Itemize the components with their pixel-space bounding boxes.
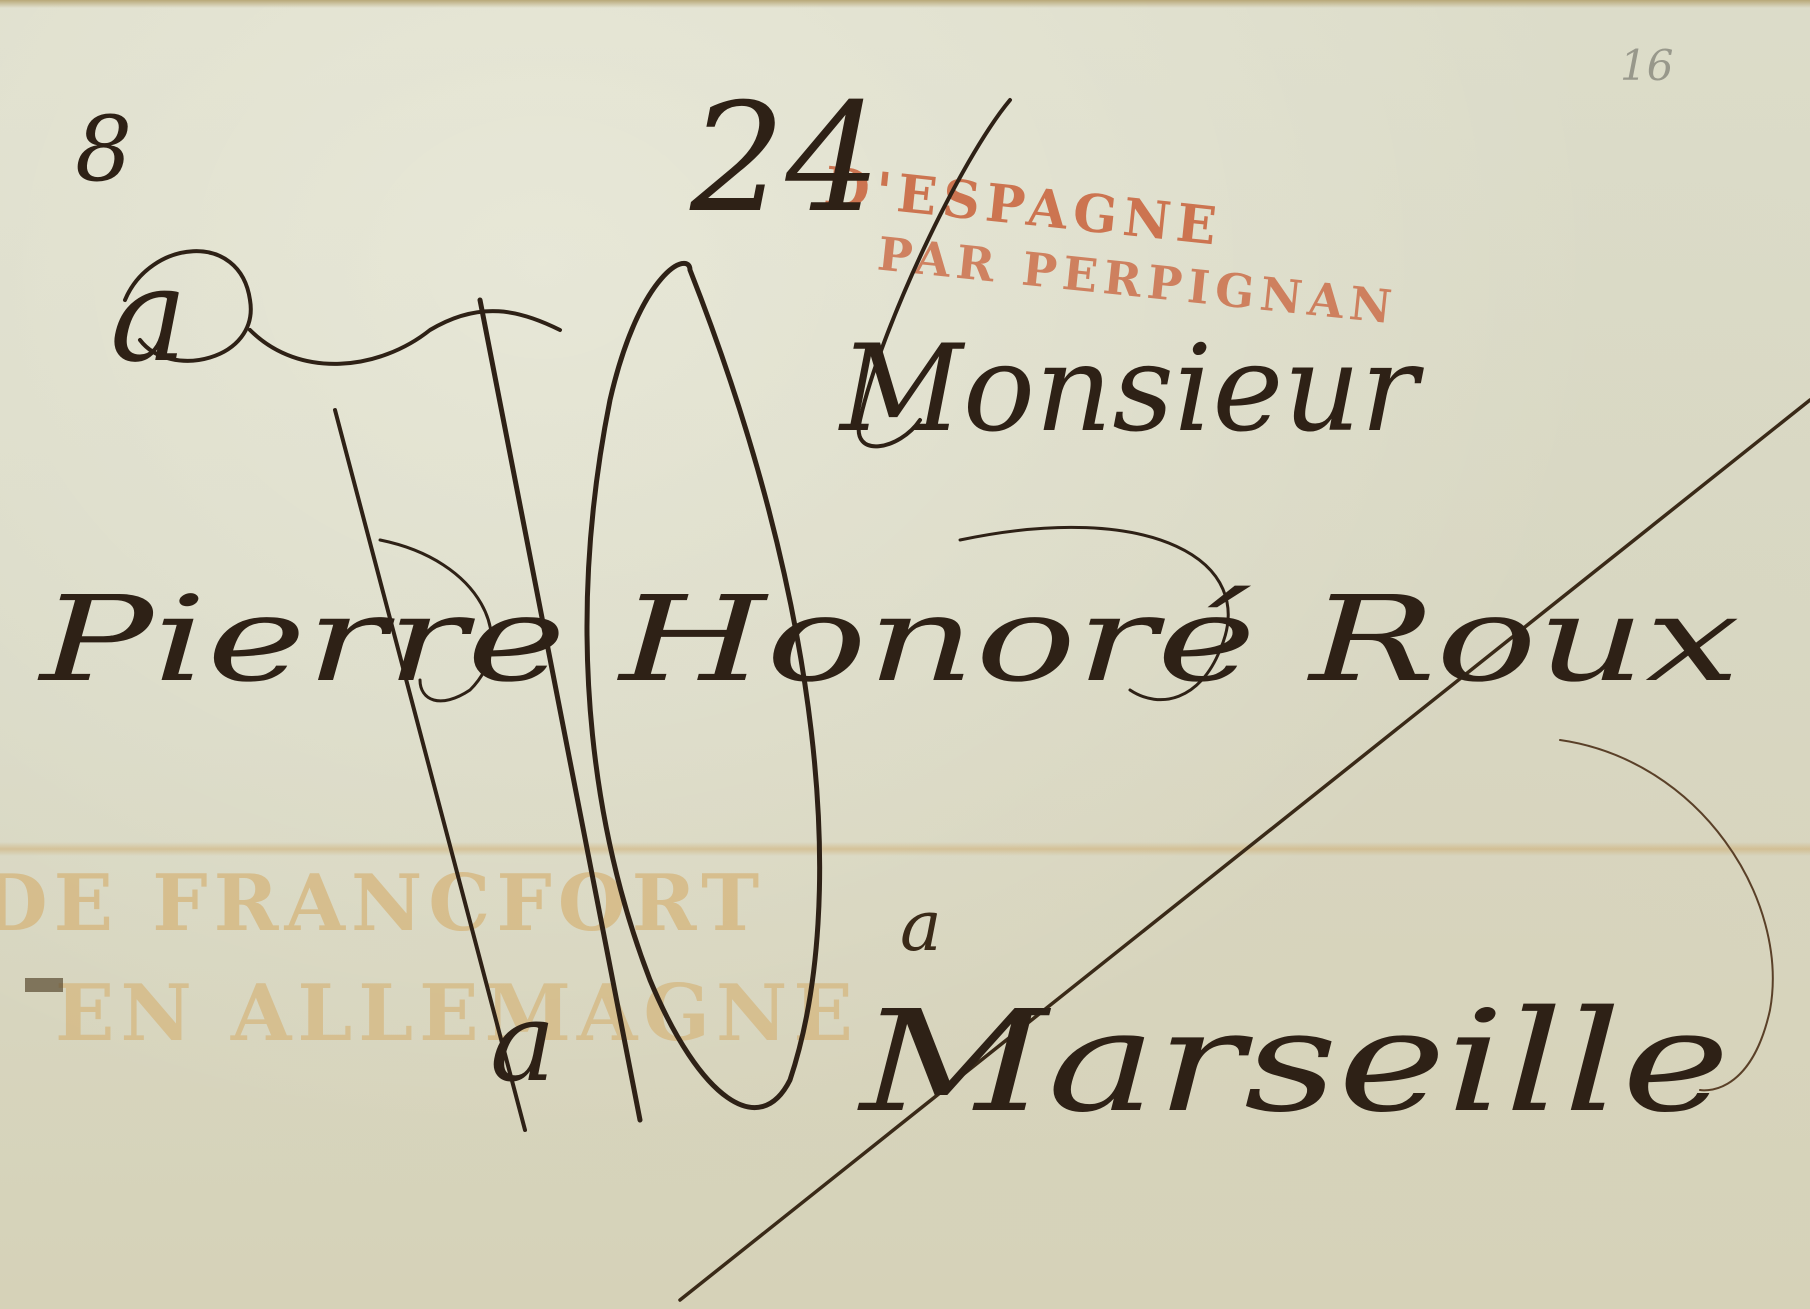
addressee-name: Pierre Honoré Roux [37, 570, 1740, 708]
pencil-note: 16 [1620, 41, 1673, 90]
destination-prefix: a [490, 978, 556, 1106]
letter-cover: DE FRANCFORT EN ALLEMAGNE D'ESPAGNE PAR … [0, 0, 1810, 1309]
salutation-prefix: a [110, 239, 188, 391]
long-slash-stroke [680, 400, 1810, 1300]
numeral-8: 8 [75, 97, 132, 202]
rate-mark-24: 24 [689, 72, 881, 246]
small-a-mark: a [900, 885, 942, 967]
destination-city: Marseille [856, 981, 1730, 1144]
a-flourish [125, 251, 560, 364]
addressee-title: Monsieur [838, 320, 1425, 459]
handwriting-layer: 8 24 16 a Monsieur Pierre Honoré Roux a … [0, 0, 1810, 1309]
